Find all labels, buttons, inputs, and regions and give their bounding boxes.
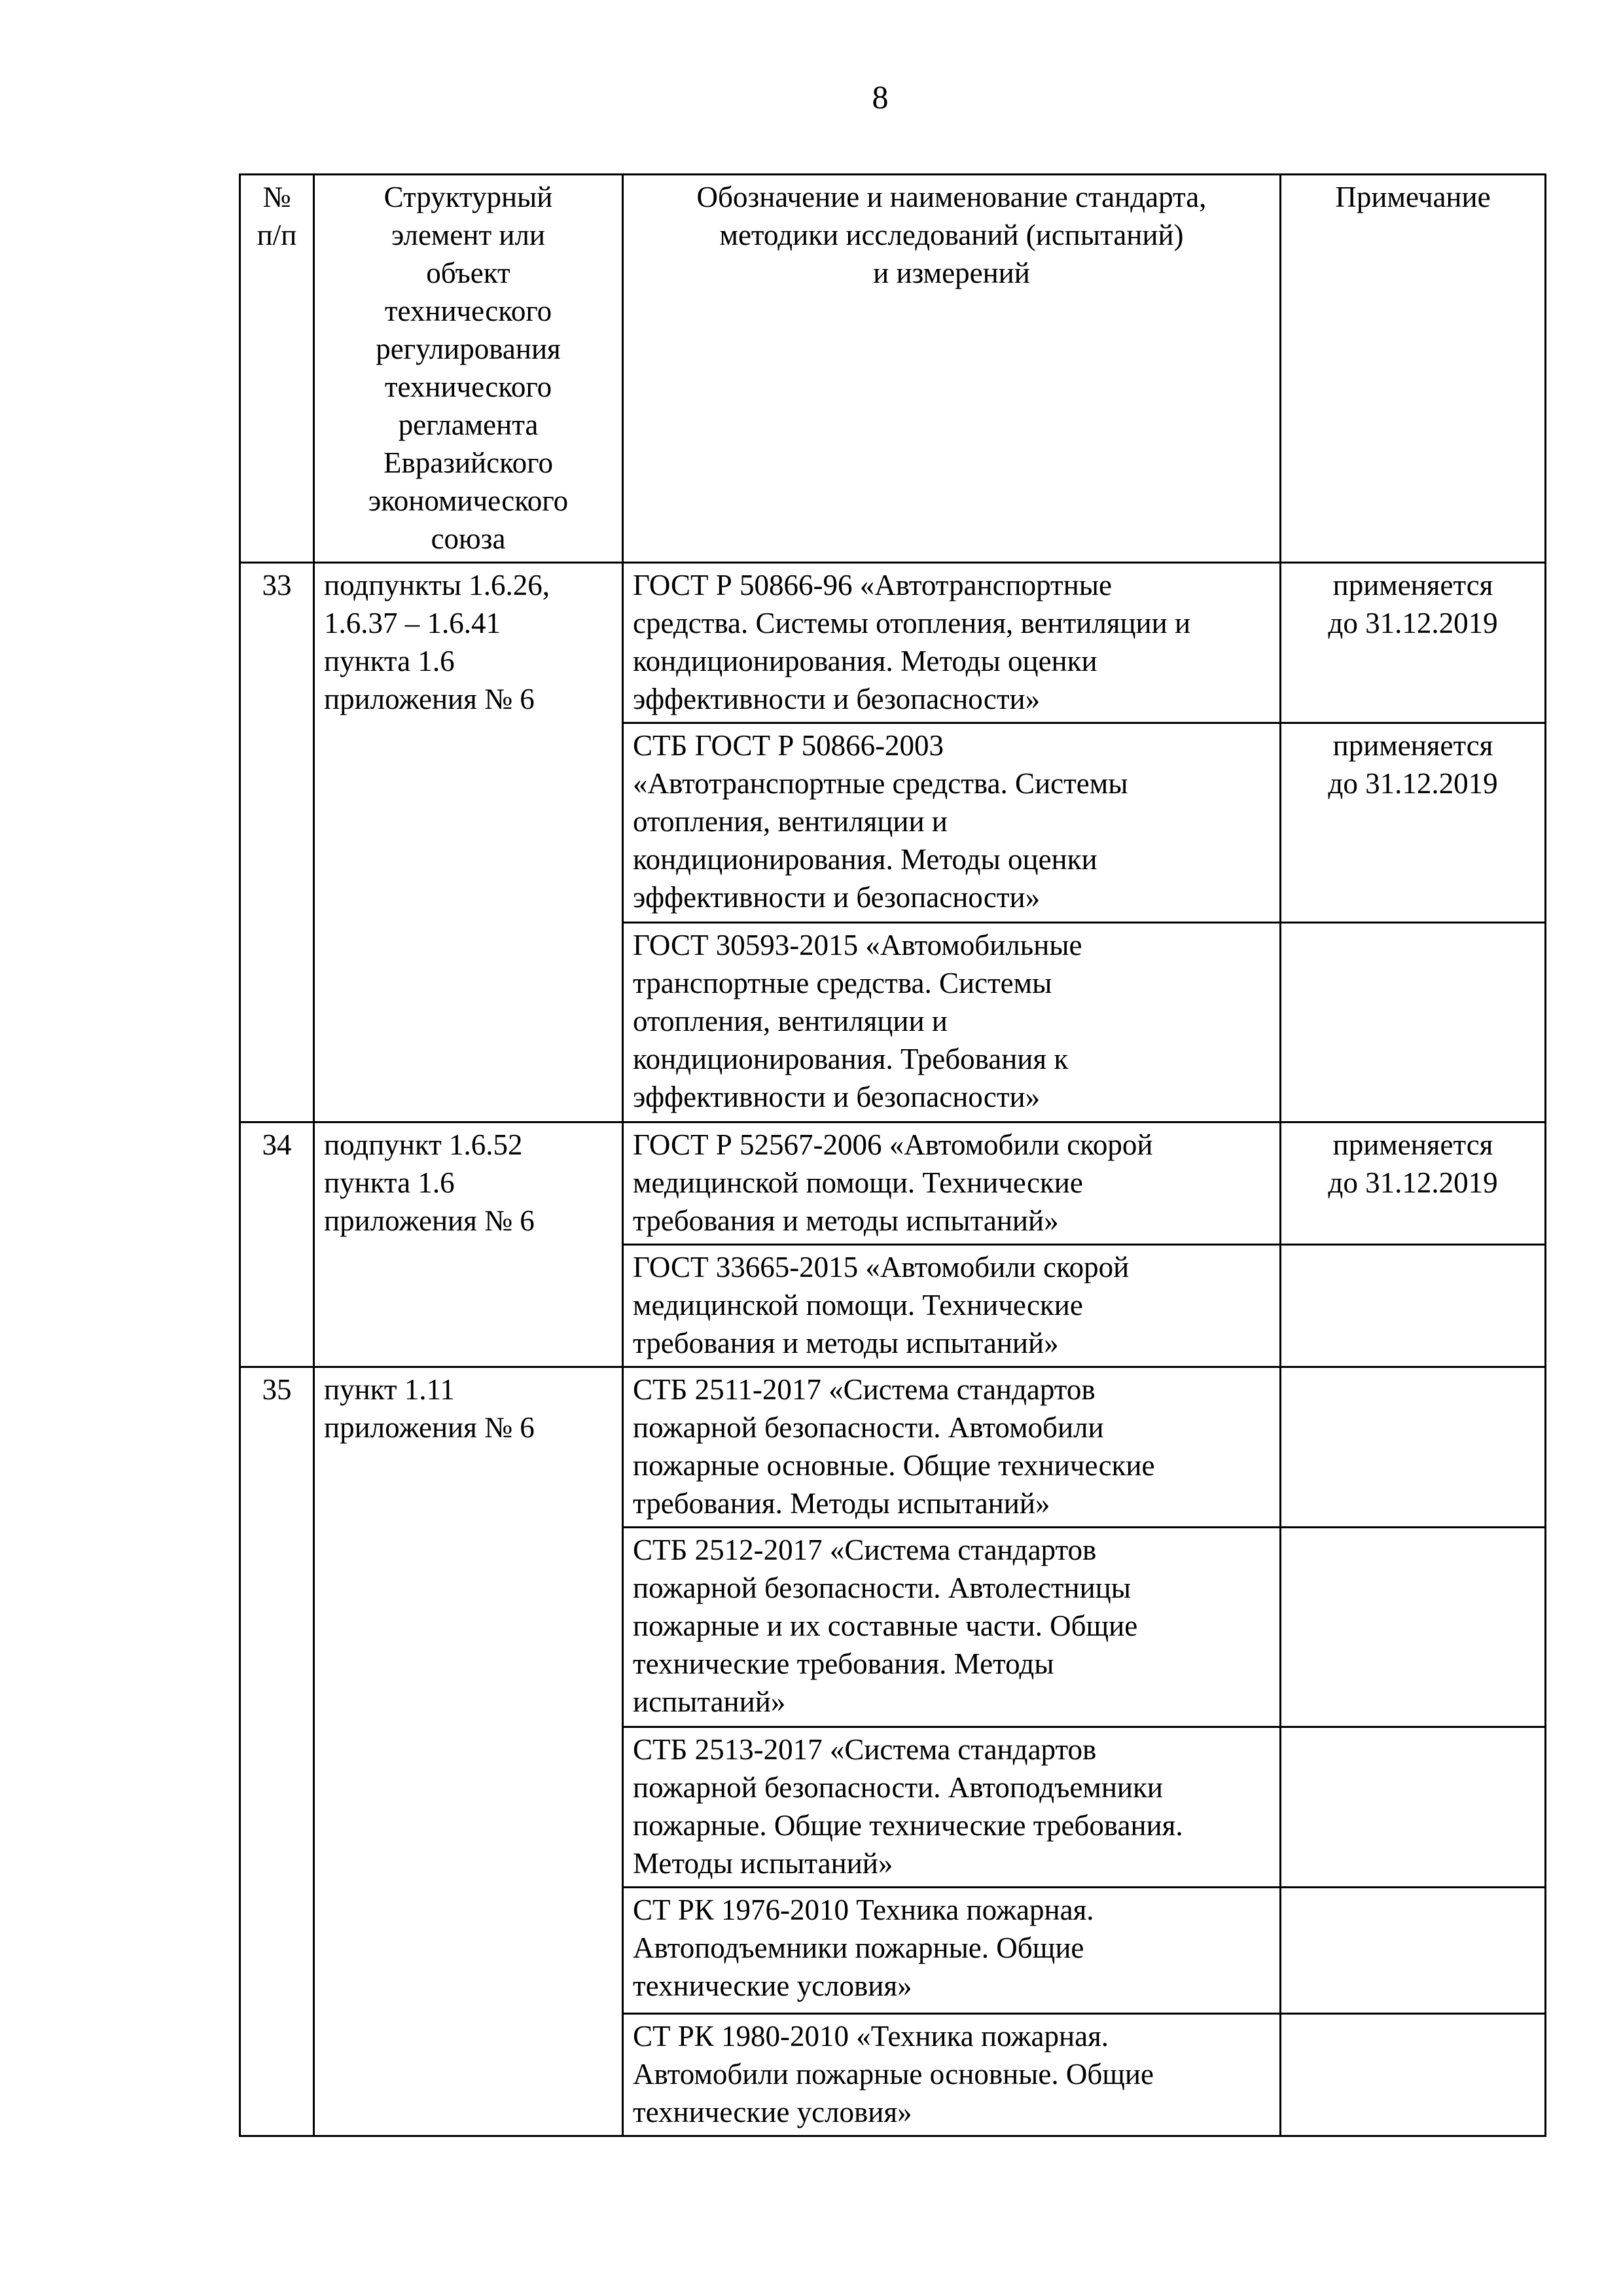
text-line: пожарной безопасности. Автомобили xyxy=(633,1408,1270,1446)
text-line: СТБ 2513-2017 «Система стандартов xyxy=(633,1731,1270,1768)
standard-cell: СТБ 2513-2017 «Система стандартовпожарно… xyxy=(623,1727,1281,1888)
text-line: технического xyxy=(324,368,613,406)
structural-element: пункт 1.11приложения № 6 xyxy=(314,1367,623,2136)
text-line: № xyxy=(250,178,304,216)
text-line: СТ РК 1980-2010 «Техника пожарная. xyxy=(633,2017,1270,2055)
text-line: до 31.12.2019 xyxy=(1291,764,1535,802)
text-line: технического xyxy=(324,292,613,330)
text-line: Обозначение и наименование стандарта, xyxy=(633,178,1270,216)
text-line: ГОСТ Р 50866-96 «Автотранспортные xyxy=(633,566,1270,604)
text-line: требования и методы испытаний» xyxy=(633,1324,1270,1362)
text-line: 1.6.37 – 1.6.41 xyxy=(324,604,613,642)
note-cell xyxy=(1281,1888,1546,2014)
text-line: приложения № 6 xyxy=(324,680,613,718)
text-line: союза xyxy=(324,520,613,558)
page-number: 8 xyxy=(0,77,1623,117)
row-number: 35 xyxy=(240,1367,314,2136)
text-line: Примечание xyxy=(1291,178,1535,216)
text-line: «Автотранспортные средства. Системы xyxy=(633,764,1270,802)
text-line: регулирования xyxy=(324,330,613,368)
note-cell xyxy=(1281,1727,1546,1888)
text-line: пожарные. Общие технические требования. xyxy=(633,1806,1270,1844)
standard-cell: СТБ ГОСТ Р 50866-2003«Автотранспортные с… xyxy=(623,723,1281,923)
text-line: технические условия» xyxy=(633,1967,1270,2005)
note-cell: применяетсядо 31.12.2019 xyxy=(1281,1122,1546,1245)
text-line: до 31.12.2019 xyxy=(1291,1164,1535,1202)
standard-cell: СТ РК 1980-2010 «Техника пожарная.Автомо… xyxy=(623,2014,1281,2136)
text-line: кондиционирования. Требования к xyxy=(633,1040,1270,1078)
text-line: применяется xyxy=(1291,726,1535,764)
text-line: кондиционирования. Методы оценки xyxy=(633,840,1270,878)
text-line: эффективности и безопасности» xyxy=(633,878,1270,916)
standard-cell: ГОСТ Р 52567-2006 «Автомобили скороймеди… xyxy=(623,1122,1281,1245)
text-line: транспортные средства. Системы xyxy=(633,964,1270,1002)
standard-cell: ГОСТ 33665-2015 «Автомобили скороймедици… xyxy=(623,1245,1281,1367)
standards-table: №п/п Структурныйэлемент илиобъекттехниче… xyxy=(239,173,1546,2137)
text-line: подпункт 1.6.52 xyxy=(324,1126,613,1164)
row-number: 33 xyxy=(240,563,314,1122)
text-line: медицинской помощи. Технические xyxy=(633,1286,1270,1324)
text-line: пожарной безопасности. Автолестницы xyxy=(633,1569,1270,1607)
text-line: Евразийского xyxy=(324,444,613,482)
table-row: 35 пункт 1.11приложения № 6 СТБ 2511-201… xyxy=(240,1367,1546,1528)
text-line: объект xyxy=(324,254,613,292)
text-line: эффективности и безопасности» xyxy=(633,1078,1270,1116)
header-standard: Обозначение и наименование стандарта,мет… xyxy=(623,175,1281,563)
text-line: методики исследований (испытаний) xyxy=(633,216,1270,254)
note-cell: применяетсядо 31.12.2019 xyxy=(1281,723,1546,923)
text-line: Структурный xyxy=(324,178,613,216)
standard-cell: ГОСТ 30593-2015 «Автомобильныетранспортн… xyxy=(623,923,1281,1122)
text-line: СТБ ГОСТ Р 50866-2003 xyxy=(633,726,1270,764)
text-line: кондиционирования. Методы оценки xyxy=(633,642,1270,680)
standard-cell: СТБ 2512-2017 «Система стандартовпожарно… xyxy=(623,1528,1281,1727)
note-cell xyxy=(1281,1245,1546,1367)
text-line: ГОСТ Р 52567-2006 «Автомобили скорой xyxy=(633,1126,1270,1164)
text-line: пункт 1.11 xyxy=(324,1371,613,1408)
text-line: применяется xyxy=(1291,566,1535,604)
text-line: технические условия» xyxy=(633,2093,1270,2131)
text-line: пожарные и их составные части. Общие xyxy=(633,1607,1270,1645)
note-cell xyxy=(1281,1367,1546,1528)
note-cell xyxy=(1281,1528,1546,1727)
text-line: испытаний» xyxy=(633,1683,1270,1721)
text-line: до 31.12.2019 xyxy=(1291,604,1535,642)
table-row: 34 подпункт 1.6.52пункта 1.6приложения №… xyxy=(240,1122,1546,1245)
text-line: п/п xyxy=(250,216,304,254)
text-line: применяется xyxy=(1291,1126,1535,1164)
text-line: медицинской помощи. Технические xyxy=(633,1164,1270,1202)
text-line: Автоподъемники пожарные. Общие xyxy=(633,1929,1270,1967)
standard-cell: СТ РК 1976-2010 Техника пожарная.Автопод… xyxy=(623,1888,1281,2014)
structural-element: подпункт 1.6.52пункта 1.6приложения № 6 xyxy=(314,1122,623,1367)
header-structural-element: Структурныйэлемент илиобъекттехнического… xyxy=(314,175,623,563)
text-line: средства. Системы отопления, вентиляции … xyxy=(633,604,1270,642)
text-line: эффективности и безопасности» xyxy=(633,680,1270,718)
text-line: пожарные основные. Общие технические xyxy=(633,1446,1270,1484)
text-line: требования и методы испытаний» xyxy=(633,1202,1270,1240)
text-line: отопления, вентиляции и xyxy=(633,802,1270,840)
text-line: пункта 1.6 xyxy=(324,1164,613,1202)
text-line: ГОСТ 33665-2015 «Автомобили скорой xyxy=(633,1248,1270,1286)
note-cell xyxy=(1281,2014,1546,2136)
text-line: Методы испытаний» xyxy=(633,1844,1270,1882)
text-line: и измерений xyxy=(633,254,1270,292)
header-number: №п/п xyxy=(240,175,314,563)
table-header-row: №п/п Структурныйэлемент илиобъекттехниче… xyxy=(240,175,1546,563)
text-line: требования. Методы испытаний» xyxy=(633,1484,1270,1522)
structural-element: подпункты 1.6.26,1.6.37 – 1.6.41пункта 1… xyxy=(314,563,623,1122)
text-line: экономического xyxy=(324,482,613,520)
text-line: технические требования. Методы xyxy=(633,1645,1270,1683)
standard-cell: ГОСТ Р 50866-96 «Автотранспортныесредств… xyxy=(623,563,1281,723)
text-line: пожарной безопасности. Автоподъемники xyxy=(633,1768,1270,1806)
text-line: пункта 1.6 xyxy=(324,642,613,680)
note-cell xyxy=(1281,923,1546,1122)
row-number: 34 xyxy=(240,1122,314,1367)
text-line: приложения № 6 xyxy=(324,1202,613,1240)
text-line: элемент или xyxy=(324,216,613,254)
text-line: СТБ 2512-2017 «Система стандартов xyxy=(633,1531,1270,1569)
header-note: Примечание xyxy=(1281,175,1546,563)
note-cell: применяетсядо 31.12.2019 xyxy=(1281,563,1546,723)
table-row: 33 подпункты 1.6.26,1.6.37 – 1.6.41пункт… xyxy=(240,563,1546,723)
text-line: приложения № 6 xyxy=(324,1408,613,1446)
text-line: Автомобили пожарные основные. Общие xyxy=(633,2055,1270,2093)
text-line: СТ РК 1976-2010 Техника пожарная. xyxy=(633,1891,1270,1929)
text-line: СТБ 2511-2017 «Система стандартов xyxy=(633,1371,1270,1408)
text-line: подпункты 1.6.26, xyxy=(324,566,613,604)
standard-cell: СТБ 2511-2017 «Система стандартовпожарно… xyxy=(623,1367,1281,1528)
text-line: отопления, вентиляции и xyxy=(633,1002,1270,1040)
text-line: ГОСТ 30593-2015 «Автомобильные xyxy=(633,926,1270,964)
text-line: регламента xyxy=(324,406,613,444)
